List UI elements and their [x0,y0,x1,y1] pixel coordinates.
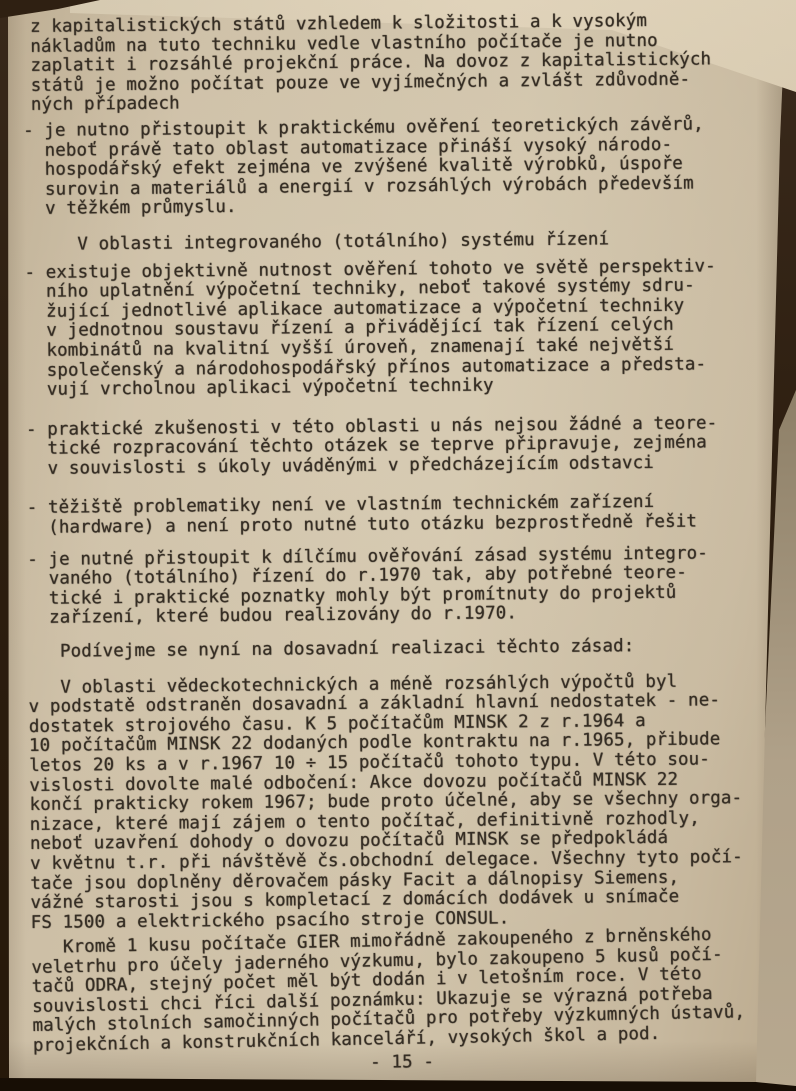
bullet-prakticke-zkusenosti: - praktické zkušenosti v této oblasti u … [26,413,785,479]
paragraph-podivejme: Podívejme se nyní na dosavadní realizaci… [28,636,786,663]
paragraph-minsk: V oblasti vědeckotechnických a méně rozs… [28,671,788,933]
paragraph-gier: Kromě 1 kusu počítače GIER mimořádně zak… [31,925,791,1057]
section-heading: V oblasti integrovaného (totálního) syst… [24,229,782,256]
paragraph-intro: z kapitalistických států vzhledem k slož… [30,11,781,116]
typewritten-text-block: z kapitalistických států vzhledem k slož… [0,11,790,1077]
bullet-dilci-overovani: - je nutné přistoupit k dílčímu ověřován… [27,543,786,629]
bullet-prakticke-overeni: - je nutno přistoupit k praktickému ověř… [23,115,782,220]
bullet-teziste: - těžiště problematiky není ve vlastním … [27,492,785,538]
scan-background: z kapitalistických států vzhledem k slož… [0,0,796,1091]
bullet-existuje: - existuje objektivně nutnost ověření to… [24,256,783,400]
